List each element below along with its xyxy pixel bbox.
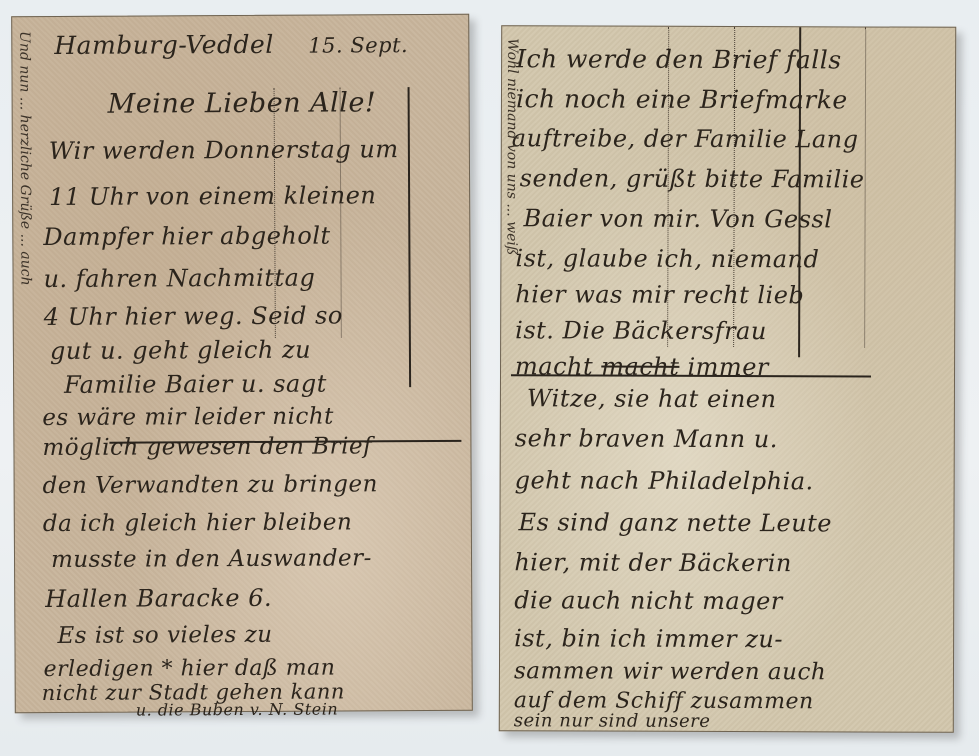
letter-line: Baier von mir. Von Gessl xyxy=(524,204,833,233)
letter-line: sammen wir werden auch xyxy=(514,658,826,685)
postcard-right: Ich werde den Brief falls ich noch eine … xyxy=(499,25,956,733)
postcard-left: Hamburg-Veddel 15. Sept. Meine Lieben Al… xyxy=(11,14,473,713)
letter-line: erledigen * hier daß man xyxy=(44,656,336,683)
letter-line: hier was mir recht lieb xyxy=(515,280,804,309)
letter-line: Es ist so vieles zu xyxy=(57,622,272,649)
letter-line: die auch nicht mager xyxy=(514,586,783,615)
letter-line: hier, mit der Bäckerin xyxy=(514,548,792,577)
letter-line: Hallen Baracke 6. xyxy=(45,584,272,613)
letter-line: senden, grüßt bitte Familie xyxy=(520,164,865,193)
letter-line: gut u. geht gleich zu xyxy=(50,336,311,365)
letter-line: Ich werde den Brief falls xyxy=(516,44,842,74)
word: macht xyxy=(515,352,601,380)
letter-line: ist, bin ich immer zu- xyxy=(514,624,783,653)
letter-line: u. die Buben v. N. Stein xyxy=(136,700,338,720)
letter-line: Wir werden Donnerstag um xyxy=(49,135,399,165)
header-place: Hamburg-Veddel xyxy=(54,30,274,60)
word: immer xyxy=(679,353,769,381)
salutation: Meine Lieben Alle! xyxy=(108,87,377,119)
letter-line: 11 Uhr von einem kleinen xyxy=(49,181,376,211)
letter-line: auftreibe, der Familie Lang xyxy=(512,124,859,153)
letter-line: es wäre mir leider nicht xyxy=(42,404,334,432)
letter-line: ich noch eine Briefmarke xyxy=(516,84,848,114)
letter-line: u. fahren Nachmittag xyxy=(43,264,315,293)
struck-word: macht xyxy=(601,353,679,381)
letter-line: musste in den Auswander- xyxy=(51,545,372,573)
letter-header: Hamburg-Veddel 15. Sept. xyxy=(54,29,408,60)
letter-line-with-strike: macht macht immer xyxy=(515,352,769,381)
letter-line: Es sind ganz nette Leute xyxy=(518,508,832,537)
address-divider-dotted xyxy=(274,88,276,338)
letter-line: da ich gleich hier bleiben xyxy=(43,509,353,537)
letter-line: ist, glaube ich, niemand xyxy=(515,244,819,273)
letter-line: 4 Uhr hier weg. Seid so xyxy=(44,301,343,331)
letter-line: möglich gewesen den Brief xyxy=(42,433,372,461)
margin-note-vertical: Wohl niemand von uns ... weiß xyxy=(503,38,521,498)
margin-note-vertical: Und nun ... herzliche Grüße ... auch xyxy=(16,31,35,691)
letter-line: den Verwandten zu bringen xyxy=(43,471,378,499)
letter-line: sehr braven Mann u. xyxy=(515,424,778,453)
header-date: 15. Sept. xyxy=(308,33,408,58)
address-divider-dotted xyxy=(340,87,342,337)
address-divider-solid xyxy=(408,87,412,387)
letter-line: Witze, sie hat einen xyxy=(527,384,777,413)
letter-line: ist. Die Bäckersfrau xyxy=(515,316,767,345)
letter-line: Familie Baier u. sagt xyxy=(64,370,327,399)
letter-line: Dampfer hier abgeholt xyxy=(43,222,330,252)
letter-line: geht nach Philadelphia. xyxy=(515,466,814,495)
